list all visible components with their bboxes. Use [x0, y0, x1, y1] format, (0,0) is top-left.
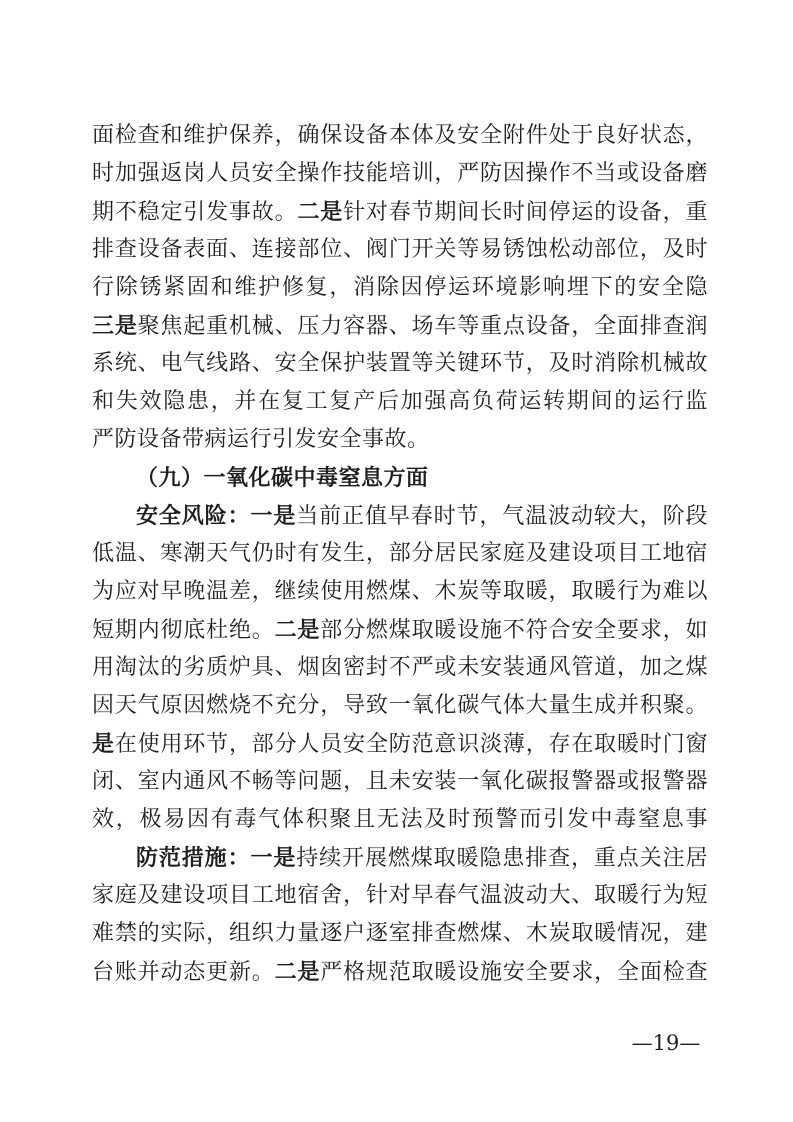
text-line: 效，极易因有毒气体积聚且无法及时预警而引发中毒窒息事件。: [92, 801, 708, 839]
text-line: 安全风险：一是当前正值早春时节，气温波动较大，阶段性: [92, 497, 708, 535]
text-line: 难禁的实际，组织力量逐户逐室排查燃煤、木炭取暖情况，建立: [92, 915, 708, 953]
body-text-segment: 难禁的实际，组织力量逐户逐室排查燃煤、木炭取暖情况，建立: [92, 921, 708, 953]
text-line: 期不稳定引发事故。二是针对春节期间长时间停运的设备，重点: [92, 193, 708, 231]
text-line: 时加强返岗人员安全操作技能培训，严防因操作不当或设备磨合: [92, 155, 708, 193]
page-number: —19—: [616, 1028, 716, 1058]
text-line: 用淘汰的劣质炉具、烟囱密封不严或未安装通风管道，加之煤炭: [92, 649, 708, 687]
emphasis-text: 安全风险：一是: [136, 503, 296, 529]
body-text-segment: 台账并动态更新。: [92, 960, 275, 985]
body-text-segment: 低温、寒潮天气仍时有发生，部分居民家庭及建设项目工地宿舍: [92, 541, 708, 573]
emphasis-text: 二是: [275, 617, 321, 643]
body-text-segment: 和失效隐患，并在复工复产后加强高负荷运转期间的运行监测，: [92, 389, 708, 421]
body-text-segment: 短期内彻底杜绝。: [92, 618, 275, 643]
text-line: 和失效隐患，并在复工复产后加强高负荷运转期间的运行监测，: [92, 383, 708, 421]
emphasis-text: 是: [92, 731, 115, 757]
emphasis-text: 二是: [297, 199, 343, 225]
body-text-segment: 闭、室内通风不畅等问题，且未安装一氧化碳报警器或报警器失: [92, 769, 708, 801]
body-text-segment: 系统、电气线路、安全保护装置等关键环节，及时消除机械故障: [92, 351, 708, 383]
body-text-segment: 行除锈紧固和维护修复，消除因停运环境影响埋下的安全隐患。: [92, 275, 708, 307]
text-line: 三是聚焦起重机械、压力容器、场车等重点设备，全面排查润滑: [92, 307, 708, 345]
text-line: 是在使用环节，部分人员安全防范意识淡薄，存在取暖时门窗紧: [92, 725, 708, 763]
text-line: 严防设备带病运行引发安全事故。: [92, 421, 708, 459]
body-text-segment: 在使用环节，部分人员安全防范意识淡薄，存在取暖时门窗紧: [92, 732, 708, 763]
body-text-segment: 面检查和维护保养，确保设备本体及安全附件处于良好状态，同: [92, 123, 708, 155]
text-line: 闭、室内通风不畅等问题，且未安装一氧化碳报警器或报警器失: [92, 763, 708, 801]
emphasis-text: 三是: [92, 313, 138, 339]
emphasis-text: 防范措施：一是: [136, 845, 296, 871]
document-body-text: 面检查和维护保养，确保设备本体及安全附件处于良好状态，同时加强返岗人员安全操作技…: [92, 117, 708, 991]
text-line: 系统、电气线路、安全保护装置等关键环节，及时消除机械故障: [92, 345, 708, 383]
body-text-segment: 用淘汰的劣质炉具、烟囱密封不严或未安装通风管道，加之煤炭: [92, 655, 708, 687]
text-line: 台账并动态更新。二是严格规范取暖设施安全要求，全面检查炉: [92, 953, 708, 991]
section-heading: （九）一氧化碳中毒窒息方面: [92, 459, 708, 497]
emphasis-text: 二是: [275, 959, 321, 985]
body-text-segment: 排查设备表面、连接部位、阀门开关等易锈蚀松动部位，及时进: [92, 237, 708, 269]
emphasis-text: （九）一氧化碳中毒窒息方面: [136, 465, 429, 491]
text-line: 低温、寒潮天气仍时有发生，部分居民家庭及建设项目工地宿舍: [92, 535, 708, 573]
text-line: 防范措施：一是持续开展燃煤取暖隐患排查，重点关注居民: [92, 839, 708, 877]
text-line: 因天气原因燃烧不充分，导致一氧化碳气体大量生成并积聚。三: [92, 687, 708, 725]
body-text-segment: 时加强返岗人员安全操作技能培训，严防因操作不当或设备磨合: [92, 161, 708, 193]
document-page: 面检查和维护保养，确保设备本体及安全附件处于良好状态，同时加强返岗人员安全操作技…: [0, 0, 793, 1122]
text-line: 排查设备表面、连接部位、阀门开关等易锈蚀松动部位，及时进: [92, 231, 708, 269]
text-line: 家庭及建设项目工地宿舍，针对早春气温波动大、取暖行为短期: [92, 877, 708, 915]
text-line: 面检查和维护保养，确保设备本体及安全附件处于良好状态，同: [92, 117, 708, 155]
body-text-segment: 为应对早晚温差，继续使用燃煤、木炭等取暖，取暖行为难以在: [92, 579, 708, 611]
body-text-segment: 严防设备带病运行引发安全事故。: [92, 427, 430, 452]
text-line: 短期内彻底杜绝。二是部分燃煤取暖设施不符合安全要求，如使: [92, 611, 708, 649]
body-text-segment: 聚焦起重机械、压力容器、场车等重点设备，全面排查润滑: [92, 314, 708, 345]
body-text-segment: 因天气原因燃烧不充分，导致一氧化碳气体大量生成并积聚。: [92, 693, 708, 718]
body-text-segment: 家庭及建设项目工地宿舍，针对早春气温波动大、取暖行为短期: [92, 883, 708, 915]
text-line: 行除锈紧固和维护修复，消除因停运环境影响埋下的安全隐患。: [92, 269, 708, 307]
body-text-segment: 期不稳定引发事故。: [92, 200, 297, 225]
text-line: 为应对早晚温差，继续使用燃煤、木炭等取暖，取暖行为难以在: [92, 573, 708, 611]
body-text-segment: 效，极易因有毒气体积聚且无法及时预警而引发中毒窒息事件。: [92, 807, 708, 839]
